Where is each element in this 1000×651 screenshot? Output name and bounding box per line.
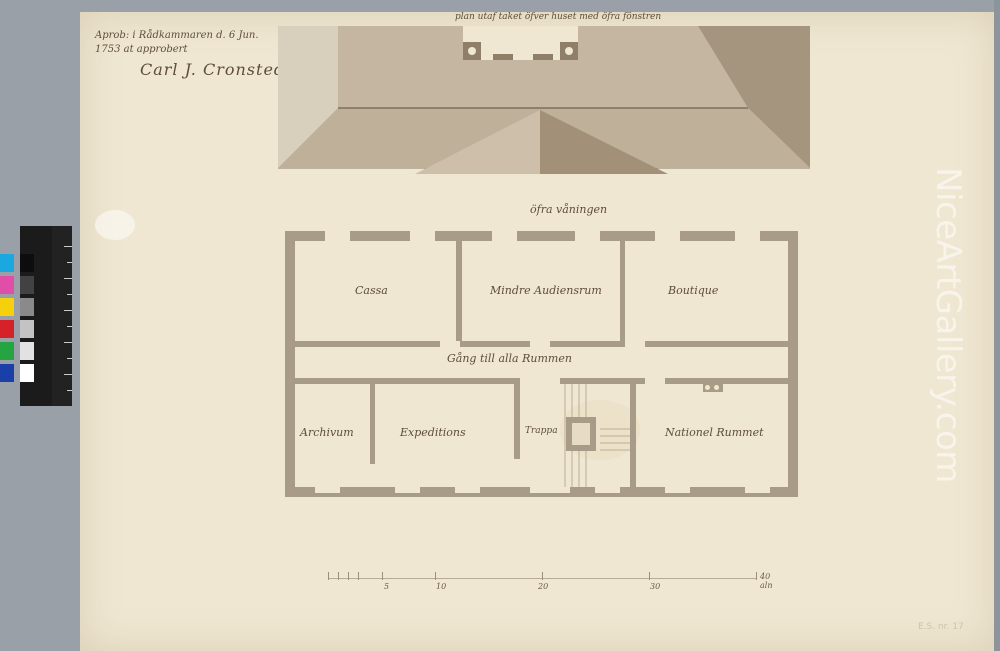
room-label: Expeditions bbox=[400, 426, 466, 439]
stove bbox=[703, 384, 723, 392]
partition bbox=[514, 384, 520, 459]
scale-label: 20 bbox=[538, 582, 548, 591]
inscription-line-2: 1753 at approbert bbox=[95, 44, 187, 55]
swatch-red bbox=[0, 320, 14, 338]
window bbox=[395, 487, 420, 493]
corridor-label: Gång till alla Rummen bbox=[447, 352, 572, 365]
inscription-line-1: Aprob: i Rådkammaren d. 6 Jun. bbox=[95, 30, 259, 41]
room-label: Nationel Rummet bbox=[665, 426, 764, 439]
room-label: Cassa bbox=[355, 284, 388, 297]
paper-stain bbox=[95, 210, 135, 240]
doorway bbox=[530, 341, 550, 347]
swatch-gray-2 bbox=[20, 276, 34, 294]
window bbox=[575, 231, 600, 241]
swatch-cyan bbox=[0, 254, 14, 272]
swatch-blue bbox=[0, 364, 14, 382]
watermark: NiceArtGallery.com bbox=[928, 160, 968, 490]
window bbox=[655, 231, 680, 241]
wall-west bbox=[285, 231, 295, 497]
partition bbox=[630, 384, 636, 487]
scale-bar: 5 10 20 30 40 aln bbox=[328, 578, 756, 579]
window bbox=[745, 487, 770, 493]
partition bbox=[456, 241, 462, 341]
room-label: Trappa bbox=[525, 426, 558, 436]
window bbox=[492, 231, 517, 241]
wall-east bbox=[788, 231, 798, 497]
room-label: Mindre Audiensrum bbox=[490, 284, 602, 297]
scale-unit-label: 40 aln bbox=[760, 572, 772, 590]
room-label: Archivum bbox=[300, 426, 354, 439]
swatch-yellow bbox=[0, 298, 14, 316]
swatch-white bbox=[20, 364, 34, 382]
window bbox=[315, 487, 340, 493]
swatch-magenta bbox=[0, 276, 14, 294]
scale-label: 5 bbox=[384, 582, 389, 591]
stair-opening bbox=[520, 378, 560, 384]
staircase bbox=[560, 384, 630, 487]
doorway bbox=[645, 378, 665, 384]
window bbox=[595, 487, 620, 493]
catalog-mark: E.S. nr. 17 bbox=[918, 622, 964, 632]
window bbox=[530, 487, 570, 493]
floor-plan-title: öfra våningen bbox=[530, 203, 607, 216]
swatch-gray-1 bbox=[20, 254, 34, 272]
measurement-ruler bbox=[52, 226, 72, 406]
swatch-gray-4 bbox=[20, 320, 34, 338]
doorway bbox=[625, 341, 645, 347]
right-background-strip bbox=[994, 0, 1000, 651]
doorway bbox=[440, 341, 460, 347]
window bbox=[410, 231, 435, 241]
wall-north bbox=[285, 231, 798, 241]
partition bbox=[370, 384, 375, 464]
roof-plan-title: plan utaf taket öfver huset med öfra fön… bbox=[455, 12, 661, 22]
swatch-gray-3 bbox=[20, 298, 34, 316]
swatch-green bbox=[0, 342, 14, 360]
window bbox=[735, 231, 760, 241]
window bbox=[665, 487, 690, 493]
inscription-signature: Carl J. Cronstedt bbox=[140, 60, 293, 79]
roof-plan-drawing bbox=[278, 26, 810, 176]
window bbox=[455, 487, 480, 493]
partition bbox=[620, 241, 625, 341]
window bbox=[325, 231, 350, 241]
scale-label: 10 bbox=[436, 582, 446, 591]
room-label: Boutique bbox=[668, 284, 718, 297]
scale-label: 30 bbox=[650, 582, 660, 591]
swatch-gray-5 bbox=[20, 342, 34, 360]
